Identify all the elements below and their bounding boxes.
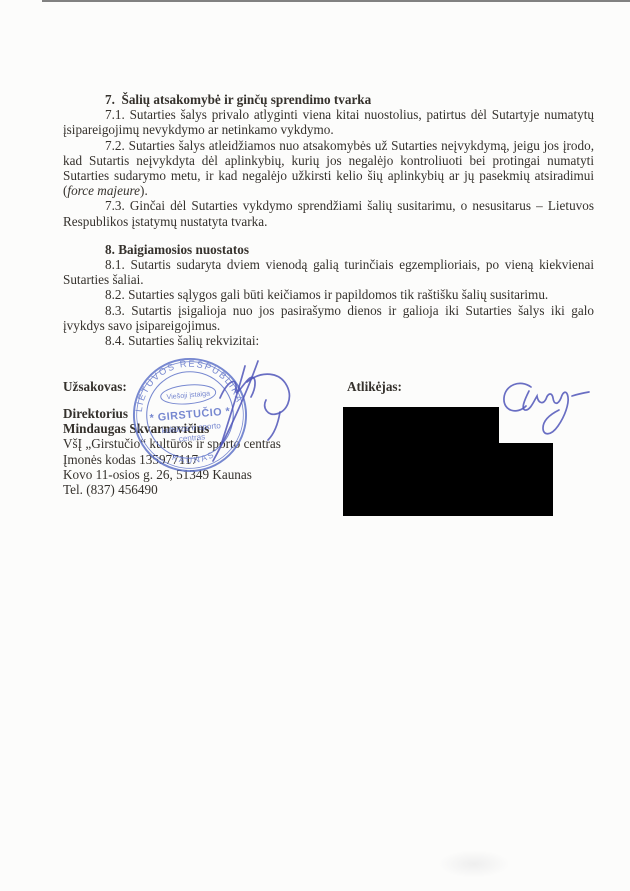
clause-7-2: 7.2. Sutarties šalys atleidžiamos nuo at…: [63, 138, 594, 199]
contract-body-text: 7. Šalių atsakomybė ir ginčų sprendimo t…: [63, 92, 594, 348]
scan-edge-artifact: [42, 0, 630, 2]
scanned-contract-page: 7. Šalių atsakomybė ir ginčų sprendimo t…: [0, 0, 630, 891]
stamp-line-centras: centras: [178, 432, 205, 443]
clause-8-3: 8.3. Sutartis įsigalioja nuo jos pasiraš…: [63, 303, 594, 333]
clause-8-1: 8.1. Sutartis sudaryta dviem vienodą gal…: [63, 257, 594, 287]
clause-8-4: 8.4. Sutarties šalių rekvizitai:: [63, 333, 594, 348]
clause-8-2: 8.2. Sutarties sąlygos gali būti keičiam…: [63, 287, 594, 302]
clause-7-1: 7.1. Sutarties šalys privalo atlyginti v…: [63, 107, 594, 137]
customer-label: Užsakovas:: [63, 379, 127, 395]
contractor-label: Atlikėjas:: [347, 379, 402, 395]
redaction-box-lower: [343, 443, 553, 516]
section-8-heading: 8. Baigiamosios nuostatos: [63, 242, 594, 257]
force-majeure-italic: force majeure: [67, 183, 140, 198]
official-round-stamp: LIETUVOS RESPUBLIKA Viešoji įstaiga * GI…: [126, 351, 254, 479]
section-7-heading: 7. Šalių atsakomybė ir ginčų sprendimo t…: [63, 92, 594, 107]
redaction-box-upper: [343, 407, 499, 443]
stamp-ring-label: LIETUVOS RESPUBLIKA: [130, 354, 245, 413]
stamp-ring-text: LIETUVOS RESPUBLIKA: [130, 354, 245, 413]
contractor-signature: [504, 383, 589, 433]
clause-7-2-close: ).: [140, 183, 148, 198]
scan-smudge-artifact: [438, 850, 510, 878]
stamp-banner-text: Viešoji įstaiga: [166, 389, 210, 401]
clause-7-3: 7.3. Ginčai dėl Sutarties vykdymo sprend…: [63, 198, 594, 228]
customer-phone: Tel. (837) 456490: [63, 482, 281, 497]
